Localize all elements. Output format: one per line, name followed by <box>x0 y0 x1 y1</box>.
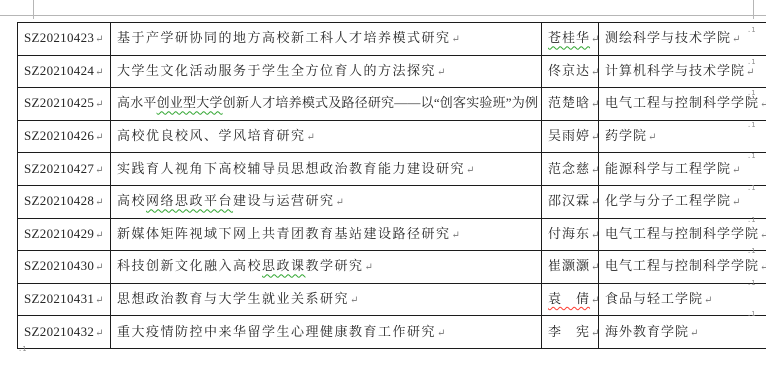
project-id-cell[interactable]: SZ20210431↵ <box>18 283 111 316</box>
cell-end-mark: ↵ <box>452 34 460 45</box>
leader-name: 李 宪 <box>548 324 590 339</box>
leader-name-cell[interactable]: 苍桂华↵ <box>542 23 599 56</box>
cell-end-mark: ↵ <box>437 67 445 78</box>
college-name: 测绘科学与技术学院 <box>605 30 731 45</box>
row-end-mark: .1 <box>747 247 763 255</box>
college-cell[interactable]: 化学与分子工程学院↵ <box>599 185 766 218</box>
project-id-cell[interactable]: SZ20210427↵ <box>18 153 111 186</box>
project-id-cell[interactable]: SZ20210426↵ <box>18 120 111 153</box>
row-end-mark: .1 <box>747 89 763 97</box>
cell-end-mark: ↵ <box>95 230 103 241</box>
project-title-segment: 重大疫情防控中来华留学生心理健康教育工作研究 <box>117 324 436 339</box>
project-id: SZ20210431 <box>24 291 94 306</box>
project-title-segment: 高水平 <box>117 95 157 110</box>
cell-end-mark: ↵ <box>95 295 103 306</box>
college-cell[interactable]: 海外教育学院↵ <box>599 316 766 349</box>
cell-end-mark: ↵ <box>732 34 740 45</box>
cell-end-mark: ↵ <box>437 328 445 339</box>
cell-end-mark: ↵ <box>307 132 315 143</box>
project-title-segment: 教学研究 <box>306 258 364 273</box>
project-title-segment: 实践育人视角下高校辅导员思想政治教育能力建设研究 <box>117 161 465 176</box>
leader-name: 佟京达 <box>548 63 590 78</box>
page-margin-left-tick <box>33 0 34 19</box>
leader-name-cell[interactable]: 吴雨婷↵ <box>542 120 599 153</box>
project-id: SZ20210424 <box>24 63 94 78</box>
college-name: 电气工程与控制科学学院 <box>605 258 759 273</box>
project-id: SZ20210429 <box>24 226 94 241</box>
college-name: 电气工程与控制科学学院 <box>605 95 759 110</box>
cell-end-mark: ↵ <box>365 262 373 273</box>
cell-end-mark: ↵ <box>591 295 598 306</box>
cell-end-mark: ↵ <box>95 132 103 143</box>
table-row: SZ20210428↵高校网络思政平台建设与运营研究↵邵汉霖↵化学与分子工程学院… <box>18 185 766 218</box>
cell-end-mark: ↵ <box>95 262 103 273</box>
project-id-cell[interactable]: SZ20210430↵ <box>18 251 111 284</box>
cell-end-mark: ↵ <box>591 230 598 241</box>
leader-name-cell[interactable]: 付海东↵ <box>542 218 599 251</box>
college-cell[interactable]: 能源科学与工程学院↵ <box>599 153 766 186</box>
cell-end-mark: ↵ <box>95 197 103 208</box>
cell-end-mark: ↵ <box>690 328 698 339</box>
project-title-segment: 基于产学研协同的地方高校新工科人才培养模式研究 <box>117 30 451 45</box>
project-title-segment: 高校优良校风、学风培育研究 <box>117 128 306 143</box>
project-id-cell[interactable]: SZ20210429↵ <box>18 218 111 251</box>
cell-end-mark: ↵ <box>591 197 598 208</box>
college-name: 药学院 <box>605 128 647 143</box>
leader-name-cell[interactable]: 范楚晗↵ <box>542 88 599 121</box>
project-id-cell[interactable]: SZ20210425↵ <box>18 88 111 121</box>
cell-end-mark: ↵ <box>648 132 656 143</box>
leader-name: 付海东 <box>548 226 590 241</box>
leader-name: 崔灏灏 <box>548 258 590 273</box>
cell-end-mark: ↵ <box>704 295 712 306</box>
table-row: SZ20210423↵基于产学研协同的地方高校新工科人才培养模式研究↵苍桂华↵测… <box>18 23 766 56</box>
leader-name-cell[interactable]: 崔灏灏↵ <box>542 251 599 284</box>
project-title-segment: 新媒体矩阵视域下网上共青团教育基站建设路径研究 <box>117 226 451 241</box>
row-end-mark: .1 <box>747 121 763 129</box>
project-title-segment: 大学生文化活动服务于学生全方位育人的方法探究 <box>117 63 436 78</box>
cell-end-mark: ↵ <box>760 99 766 110</box>
project-title-segment: 建设与运营研究 <box>233 193 335 208</box>
project-title-cell[interactable]: 思想政治教育与大学生就业关系研究↵ <box>111 283 542 316</box>
project-title-segment: 高校 <box>117 193 146 208</box>
leader-name-cell[interactable]: 邵汉霖↵ <box>542 185 599 218</box>
cell-end-mark: ↵ <box>760 262 766 273</box>
project-title-cell[interactable]: 大学生文化活动服务于学生全方位育人的方法探究↵ <box>111 55 542 88</box>
college-name: 能源科学与工程学院 <box>605 161 731 176</box>
college-cell[interactable]: 计算机科学与技术学院↵ <box>599 55 766 88</box>
college-name: 食品与轻工学院 <box>605 291 703 306</box>
cell-end-mark: ↵ <box>95 328 103 339</box>
table-row: SZ20210426↵高校优良校风、学风培育研究↵吴雨婷↵药学院↵ <box>18 120 766 153</box>
cell-end-mark: ↵ <box>591 165 598 176</box>
project-id: SZ20210425 <box>24 95 94 110</box>
leader-name: 苍桂华 <box>548 30 590 45</box>
cell-end-mark: ↵ <box>95 99 103 110</box>
cell-end-mark: ↵ <box>95 165 103 176</box>
project-title-segment: 思政课 <box>262 258 306 273</box>
cell-end-mark: ↵ <box>591 132 598 143</box>
cell-end-mark: ↵ <box>95 34 103 45</box>
college-name: 化学与分子工程学院 <box>605 193 731 208</box>
cell-end-mark: ↵ <box>350 295 358 306</box>
leader-name: 吴雨婷 <box>548 128 590 143</box>
project-title-cell[interactable]: 新媒体矩阵视域下网上共青团教育基站建设路径研究↵ <box>111 218 542 251</box>
table-row: SZ20210424↵大学生文化活动服务于学生全方位育人的方法探究↵佟京达↵计算… <box>18 55 766 88</box>
project-title-segment: 思想政治教育与大学生就业关系研究 <box>117 291 349 306</box>
project-title-segment: 科技创新文化融入高校 <box>117 258 262 273</box>
project-id: SZ20210430 <box>24 258 94 273</box>
table-row: SZ20210427↵实践育人视角下高校辅导员思想政治教育能力建设研究↵范念慈↵… <box>18 153 766 186</box>
college-cell[interactable]: 电气工程与控制科学学院↵ <box>599 251 766 284</box>
college-name: 海外教育学院 <box>605 324 689 339</box>
leader-name: 范楚晗 <box>548 95 590 110</box>
cell-end-mark: ↵ <box>591 262 598 273</box>
project-title-cell[interactable]: 高校网络思政平台建设与运营研究↵ <box>111 185 542 218</box>
cell-end-mark: ↵ <box>746 67 754 78</box>
leader-name: 范念慈 <box>548 161 590 176</box>
project-id-cell[interactable]: SZ20210432↵ <box>18 316 111 349</box>
cell-end-mark: ↵ <box>591 34 598 45</box>
project-id: SZ20210427 <box>24 161 94 176</box>
table-row: SZ20210429↵新媒体矩阵视域下网上共青团教育基站建设路径研究↵付海东↵电… <box>18 218 766 251</box>
row-end-mark: .1 <box>747 279 763 287</box>
page-margin-top-line <box>0 15 766 16</box>
cell-end-mark: ↵ <box>452 230 460 241</box>
leader-name-cell[interactable]: 佟京达↵ <box>542 55 599 88</box>
cell-end-mark: ↵ <box>591 99 598 110</box>
project-id: SZ20210423 <box>24 30 94 45</box>
college-cell[interactable]: 测绘科学与技术学院↵ <box>599 23 766 56</box>
row-end-mark: .1 <box>747 26 763 34</box>
cell-end-mark: ↵ <box>732 165 740 176</box>
college-cell[interactable]: 电气工程与控制科学学院↵ <box>599 88 766 121</box>
row-end-mark: .1 <box>747 58 763 66</box>
leader-name-cell[interactable]: 李 宪↵ <box>542 316 599 349</box>
college-cell[interactable]: 食品与轻工学院↵ <box>599 283 766 316</box>
table-row: SZ20210430↵科技创新文化融入高校思政课教学研究↵崔灏灏↵电气工程与控制… <box>18 251 766 284</box>
table-row: SZ20210431↵思想政治教育与大学生就业关系研究↵袁 倩↵食品与轻工学院↵ <box>18 283 766 316</box>
project-title-cell[interactable]: 高水平创业型大学创新人才培养模式及路径研究——以“创客实验班”为例↵ <box>111 88 542 121</box>
college-cell[interactable]: 电气工程与控制科学学院↵ <box>599 218 766 251</box>
cell-end-mark: ↵ <box>732 197 740 208</box>
project-id-cell[interactable]: SZ20210423↵ <box>18 23 111 56</box>
end-of-document-mark: .1 <box>18 345 26 353</box>
cell-end-mark: ↵ <box>591 328 598 339</box>
project-id-cell[interactable]: SZ20210424↵ <box>18 55 111 88</box>
cell-end-mark: ↵ <box>760 230 766 241</box>
project-title-cell[interactable]: 基于产学研协同的地方高校新工科人才培养模式研究↵ <box>111 23 542 56</box>
project-title-segment: 创新人才培养模式及路径研究——以“创客实验班”为例 <box>223 95 539 110</box>
cell-end-mark: ↵ <box>95 67 103 78</box>
word-document-page: SZ20210423↵基于产学研协同的地方高校新工科人才培养模式研究↵苍桂华↵测… <box>0 0 766 367</box>
leader-name-cell[interactable]: 袁 倩↵ <box>542 283 599 316</box>
table-row: SZ20210432↵重大疫情防控中来华留学生心理健康教育工作研究↵李 宪↵海外… <box>18 316 766 349</box>
page-margin-right-tick <box>753 0 754 19</box>
project-title-segment: 创业型大学 <box>157 95 223 110</box>
row-end-mark: .1 <box>747 184 763 192</box>
project-title-cell[interactable]: 实践育人视角下高校辅导员思想政治教育能力建设研究↵ <box>111 153 542 186</box>
row-end-mark: .1 <box>747 216 763 224</box>
cell-end-mark: ↵ <box>336 197 344 208</box>
project-title-cell[interactable]: 高校优良校风、学风培育研究↵ <box>111 120 542 153</box>
cell-end-mark: ↵ <box>591 67 598 78</box>
project-id: SZ20210428 <box>24 193 94 208</box>
cell-end-mark: ↵ <box>466 165 474 176</box>
college-name: 计算机科学与技术学院 <box>605 63 745 78</box>
leader-name: 袁 倩 <box>548 291 590 306</box>
project-id-cell[interactable]: SZ20210428↵ <box>18 185 111 218</box>
table-row: SZ20210425↵高水平创业型大学创新人才培养模式及路径研究——以“创客实验… <box>18 88 766 121</box>
leader-name-cell[interactable]: 范念慈↵ <box>542 153 599 186</box>
row-end-mark: .1 <box>747 310 763 318</box>
project-id: SZ20210432 <box>24 324 94 339</box>
project-title-cell[interactable]: 科技创新文化融入高校思政课教学研究↵ <box>111 251 542 284</box>
project-table: SZ20210423↵基于产学研协同的地方高校新工科人才培养模式研究↵苍桂华↵测… <box>17 22 766 349</box>
row-end-mark: .1 <box>747 152 763 160</box>
leader-name: 邵汉霖 <box>548 193 590 208</box>
college-name: 电气工程与控制科学学院 <box>605 226 759 241</box>
college-cell[interactable]: 药学院↵ <box>599 120 766 153</box>
project-title-cell[interactable]: 重大疫情防控中来华留学生心理健康教育工作研究↵ <box>111 316 542 349</box>
project-id: SZ20210426 <box>24 128 94 143</box>
project-title-segment: 网络思政平台 <box>146 193 233 208</box>
